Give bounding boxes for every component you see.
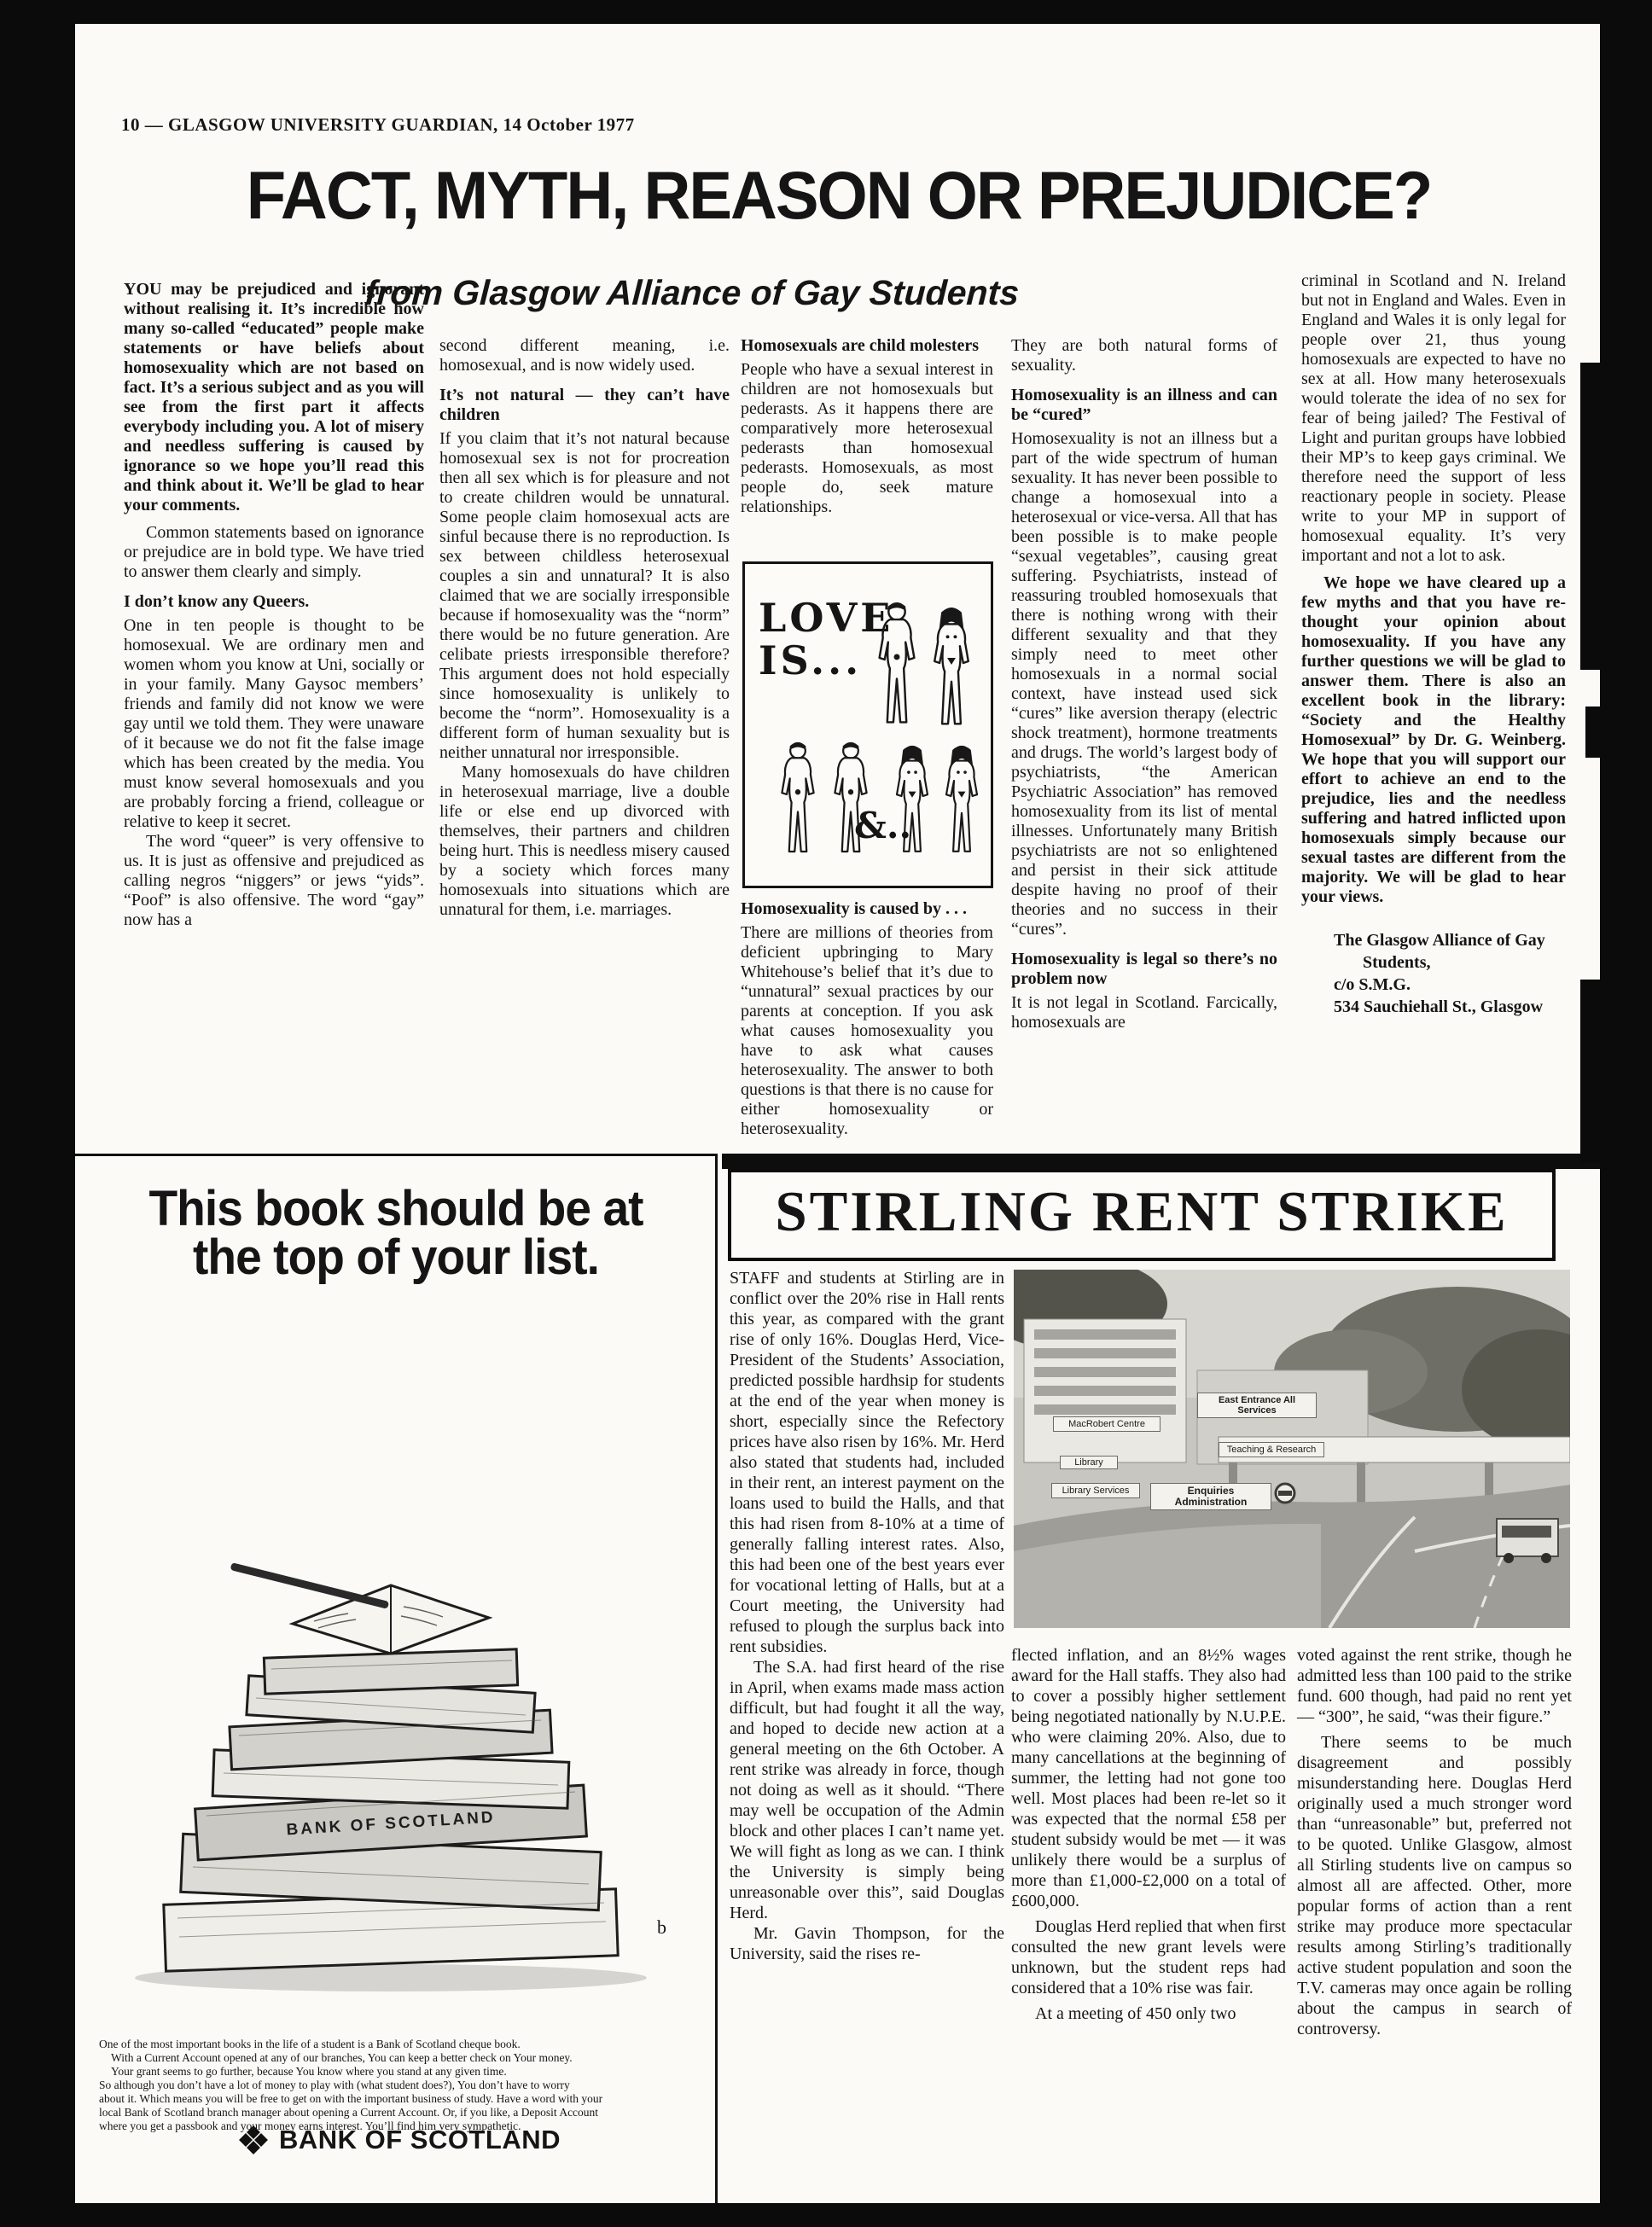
- book-ad-headline-line1: This book should be at: [129, 1184, 664, 1233]
- small-print-line: One of the most important books in the l…: [99, 2038, 701, 2051]
- article-column-4: They are both natural forms of sexuality…: [1011, 336, 1277, 1032]
- paragraph: second different meaning, i.e. homosexua…: [439, 336, 730, 375]
- address-line: 534 Sauchiehall St., Glasgow: [1301, 996, 1566, 1018]
- paragraph: voted against the rent strike, though he…: [1297, 1645, 1572, 1727]
- paragraph: There seems to be much disagreement and …: [1297, 1732, 1572, 2039]
- address-line: The Glasgow Alliance of Gay: [1301, 929, 1566, 951]
- stray-print-mark: b: [657, 1916, 666, 1939]
- paragraph: Homosexuality is not an illness but a pa…: [1011, 429, 1277, 939]
- paragraph: Common statements based on ignorance or …: [124, 523, 424, 582]
- paragraph: Mr. Gavin Thompson, for the University, …: [730, 1923, 1004, 1964]
- bank-of-scotland-logo: BANK OF SCOTLAND: [169, 2125, 630, 2155]
- bank-saltire-icon: [238, 2125, 269, 2155]
- article-column-1: YOU may be prejudiced and ignorant witho…: [124, 280, 424, 930]
- paragraph: criminal in Scotland and N. Ireland but …: [1301, 271, 1566, 566]
- book-ad-small-print: One of the most important books in the l…: [99, 2038, 701, 2133]
- bold-statement-heading: Homosexuality is an illness and can be “…: [1011, 386, 1277, 425]
- paragraph: It is not legal in Scotland. Farcically,…: [1011, 993, 1277, 1032]
- love-is-caption: LOVE IS...: [759, 596, 893, 682]
- love-is-caption-line1: LOVE: [759, 596, 893, 639]
- paragraph: The word “queer” is very offensive to us…: [124, 832, 424, 930]
- bold-statement-heading: Homosexuality is legal so there’s no pro…: [1011, 950, 1277, 989]
- scan-artifact-bar: [1580, 363, 1600, 670]
- paragraph: Douglas Herd replied that when first con…: [1011, 1916, 1286, 1998]
- love-is-illustration: LOVE IS... &..: [742, 561, 993, 888]
- bold-statement-heading: Homosexuality is caused by . . .: [741, 899, 993, 919]
- article-column-3-lower: Homosexuality is caused by . . . There a…: [741, 899, 993, 1139]
- scan-artifact-bar: [1585, 706, 1600, 758]
- love-is-caption-line2: IS...: [759, 639, 893, 682]
- paragraph: flected inflation, and an 8½% wages awar…: [1011, 1645, 1286, 1911]
- stirling-headline: STIRLING RENT STRIKE: [731, 1172, 1552, 1251]
- sign-enquiries-administration: Enquiries Administration: [1150, 1483, 1271, 1510]
- contact-address: The Glasgow Alliance of Gay Students, c/…: [1301, 929, 1566, 1018]
- lead-paragraph: YOU may be prejudiced and ignorant witho…: [124, 280, 424, 515]
- paragraph: The S.A. had first heard of the rise in …: [730, 1657, 1004, 1923]
- sign-east-entrance: East Entrance All Services: [1197, 1393, 1317, 1418]
- article-column-5: criminal in Scotland and N. Ireland but …: [1301, 271, 1566, 1018]
- paragraph: One in ten people is thought to be homos…: [124, 616, 424, 832]
- paragraph: STAFF and students at Stirling are in co…: [730, 1268, 1004, 1657]
- book-ad-headline-line2: the top of your list.: [129, 1233, 664, 1282]
- small-print-line: local Bank of Scotland branch manager ab…: [99, 2106, 701, 2119]
- sign-teaching-research: Teaching & Research: [1219, 1442, 1324, 1457]
- stirling-headline-box: STIRLING RENT STRIKE: [728, 1169, 1556, 1261]
- book-stack-illustration: BANK OF SCOTLAND: [101, 1329, 681, 2012]
- scanned-newspaper-page: { "page_header": "10 — GLASGOW UNIVERSIT…: [0, 0, 1652, 2227]
- article-column-2: second different meaning, i.e. homosexua…: [439, 336, 730, 920]
- small-print-line: Your grant seems to go further, because …: [99, 2065, 701, 2079]
- small-print-line: So although you don’t have a lot of mone…: [99, 2079, 701, 2092]
- paragraph: They are both natural forms of sexuality…: [1011, 336, 1277, 375]
- sign-library: Library: [1060, 1456, 1118, 1469]
- stirling-column-2: flected inflation, and an 8½% wages awar…: [1011, 1645, 1286, 2024]
- book-ad-headline: This book should be at the top of your l…: [129, 1184, 664, 1282]
- paragraph: There are millions of theories from defi…: [741, 923, 993, 1139]
- scan-artifact-bar: [1580, 980, 1600, 1163]
- section-top-bar: [722, 1154, 1600, 1169]
- main-headline: FACT, MYTH, REASON OR PREJUDICE?: [118, 157, 1560, 234]
- newspaper-page: 10 — GLASGOW UNIVERSITY GUARDIAN, 14 Oct…: [75, 24, 1600, 2203]
- bold-statement-heading: It’s not natural — they can’t have child…: [439, 386, 730, 425]
- address-line: c/o S.M.G.: [1301, 974, 1566, 996]
- sign-library-services: Library Services: [1051, 1483, 1140, 1498]
- small-print-line: about it. Which means you will be free t…: [99, 2092, 701, 2106]
- page-header: 10 — GLASGOW UNIVERSITY GUARDIAN, 14 Oct…: [121, 114, 635, 136]
- bold-closing-paragraph: We hope we have cleared up a few myths a…: [1301, 573, 1566, 907]
- small-print-line: With a Current Account opened at any of …: [99, 2051, 701, 2065]
- sign-macrobert-centre: MacRobert Centre: [1053, 1416, 1160, 1432]
- paragraph: At a meeting of 450 only two: [1011, 2003, 1286, 2024]
- address-line: Students,: [1301, 951, 1566, 974]
- stirling-campus-photo: East Entrance All Services MacRobert Cen…: [1014, 1270, 1570, 1628]
- vertical-section-divider: [715, 1154, 718, 2203]
- stirling-column-1: STAFF and students at Stirling are in co…: [730, 1268, 1004, 1964]
- paragraph: Many homosexuals do have children in het…: [439, 763, 730, 920]
- horizontal-rule: [75, 1154, 715, 1156]
- ampersand-label: &..: [854, 805, 911, 846]
- article-column-3-upper: Homosexuals are child molesters People w…: [741, 336, 993, 517]
- stirling-column-3: voted against the rent strike, though he…: [1297, 1645, 1572, 2039]
- paragraph: If you claim that it’s not natural becau…: [439, 429, 730, 763]
- bank-logo-text: BANK OF SCOTLAND: [279, 2125, 561, 2155]
- bold-statement-heading: I don’t know any Queers.: [124, 592, 424, 612]
- bold-statement-heading: Homosexuals are child molesters: [741, 336, 993, 356]
- paragraph: People who have a sexual interest in chi…: [741, 360, 993, 517]
